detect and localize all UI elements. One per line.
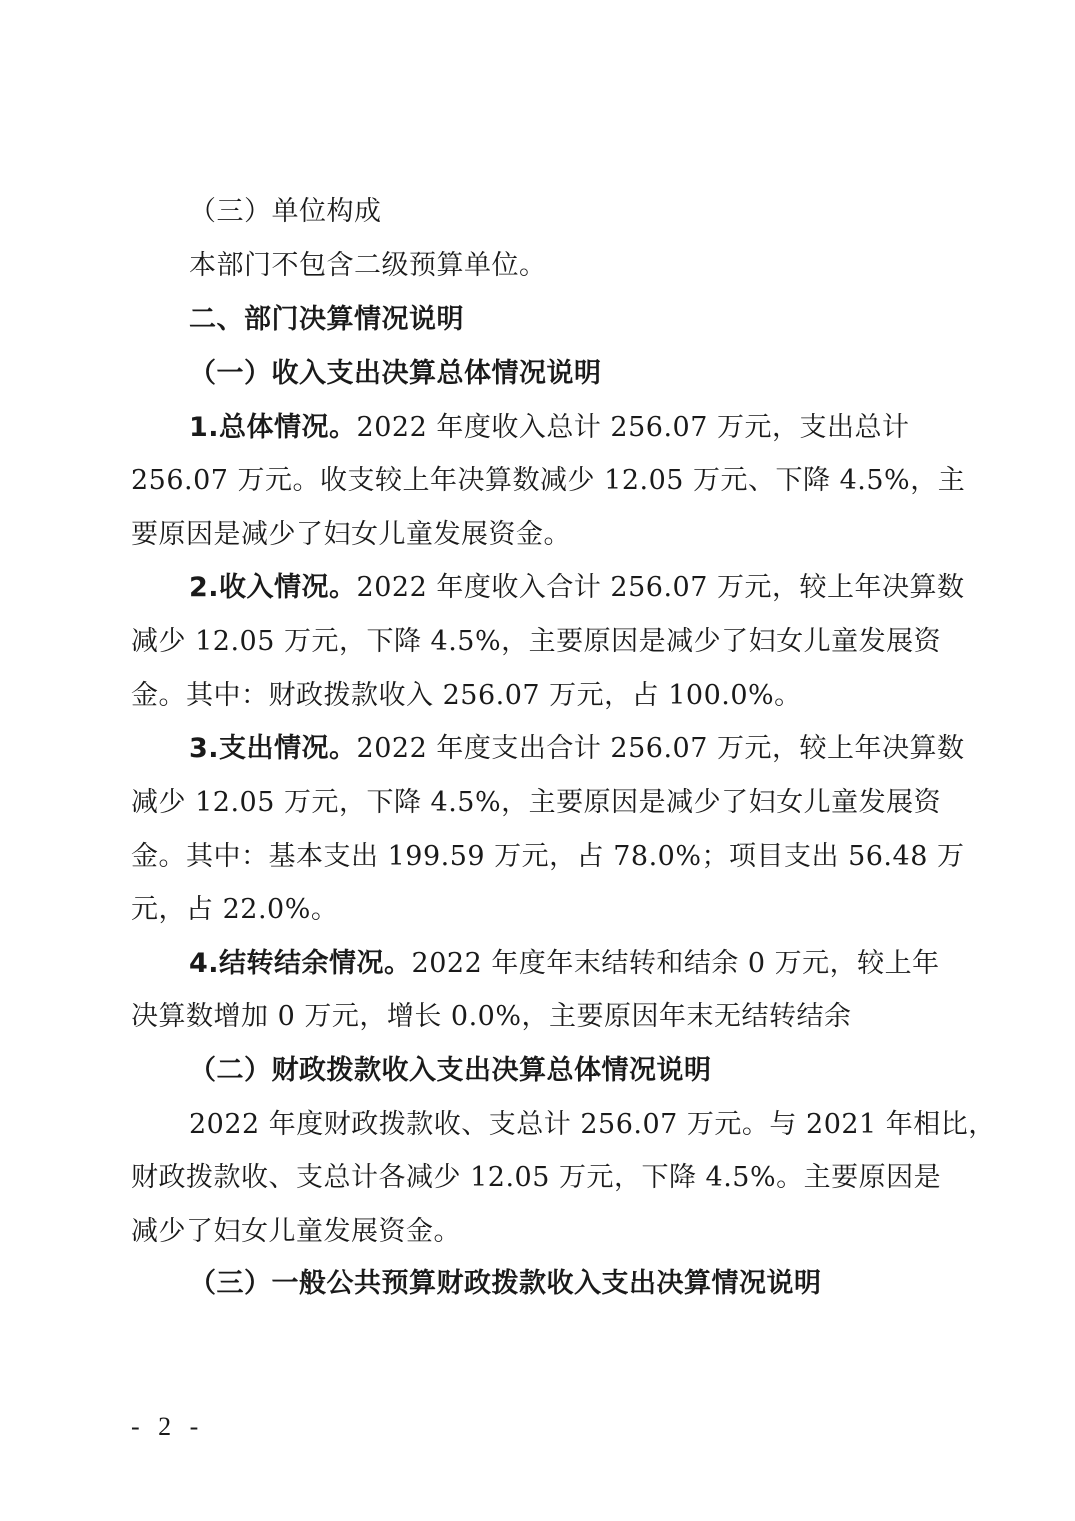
section-heading-general-public-budget: （三）一般公共预算财政拨款收入支出决算情况说明 bbox=[189, 1266, 822, 1302]
paragraph-expense-line-1: 3.支出情况。2022 年度支出合计 256.07 万元，较上年决算数 bbox=[189, 731, 964, 767]
paragraph-overall-line-1: 1.总体情况。2022 年度收入总计 256.07 万元，支出总计 bbox=[189, 410, 909, 446]
paragraph-text: 2022 年度收入总计 256.07 万元，支出总计 bbox=[357, 412, 910, 443]
paragraph-carryover-line-1: 4.结转结余情况。2022 年度年末结转和结余 0 万元，较上年 bbox=[189, 946, 940, 982]
paragraph-income-line-2: 减少 12.05 万元，下降 4.5%，主要原因是减少了妇女儿童发展资 bbox=[131, 624, 941, 660]
paragraph-carryover-line-2: 决算数增加 0 万元，增长 0.0%，主要原因年末无结转结余 bbox=[131, 999, 852, 1035]
paragraph-text: 2022 年度收入合计 256.07 万元，较上年决算数 bbox=[357, 572, 965, 603]
document-page: （三）单位构成 本部门不包含二级预算单位。 二、部门决算情况说明 （一）收入支出… bbox=[0, 0, 1075, 1521]
paragraph-income-line-3: 金。其中：财政拨款收入 256.07 万元，占 100.0%。 bbox=[131, 678, 802, 714]
paragraph-expense-line-4: 元，占 22.0%。 bbox=[131, 892, 338, 928]
paragraph-text: 2022 年度年末结转和结余 0 万元，较上年 bbox=[412, 948, 940, 979]
section-heading-fiscal-appropriation: （二）财政拨款收入支出决算总体情况说明 bbox=[189, 1053, 712, 1089]
section-heading-unit-composition: （三）单位构成 bbox=[189, 194, 382, 230]
paragraph-overall-line-3: 要原因是减少了妇女儿童发展资金。 bbox=[131, 517, 571, 553]
paragraph-text: 2022 年度支出合计 256.07 万元，较上年决算数 bbox=[357, 733, 965, 764]
paragraph-fiscal-line-3: 减少了妇女儿童发展资金。 bbox=[131, 1214, 461, 1250]
paragraph-lead-expense: 3.支出情况。 bbox=[189, 733, 357, 764]
page-number: - 2 - bbox=[131, 1412, 204, 1442]
unit-composition-body: 本部门不包含二级预算单位。 bbox=[189, 248, 547, 284]
paragraph-lead-overall: 1.总体情况。 bbox=[189, 412, 357, 443]
paragraph-fiscal-line-2: 财政拨款收、支总计各减少 12.05 万元，下降 4.5%。主要原因是 bbox=[131, 1160, 941, 1196]
paragraph-fiscal-line-1: 2022 年度财政拨款收、支总计 256.07 万元。与 2021 年相比， bbox=[189, 1107, 996, 1143]
paragraph-expense-line-3: 金。其中：基本支出 199.59 万元，占 78.0%；项目支出 56.48 万 bbox=[131, 839, 964, 875]
paragraph-income-line-1: 2.收入情况。2022 年度收入合计 256.07 万元，较上年决算数 bbox=[189, 570, 964, 606]
paragraph-overall-line-2: 256.07 万元。收支较上年决算数减少 12.05 万元、下降 4.5%，主 bbox=[131, 463, 965, 499]
paragraph-expense-line-2: 减少 12.05 万元，下降 4.5%，主要原因是减少了妇女儿童发展资 bbox=[131, 785, 941, 821]
paragraph-lead-carryover: 4.结转结余情况。 bbox=[189, 948, 412, 979]
part-two-heading: 二、部门决算情况说明 bbox=[189, 302, 464, 338]
section-heading-income-expense: （一）收入支出决算总体情况说明 bbox=[189, 356, 602, 392]
paragraph-lead-income: 2.收入情况。 bbox=[189, 572, 357, 603]
